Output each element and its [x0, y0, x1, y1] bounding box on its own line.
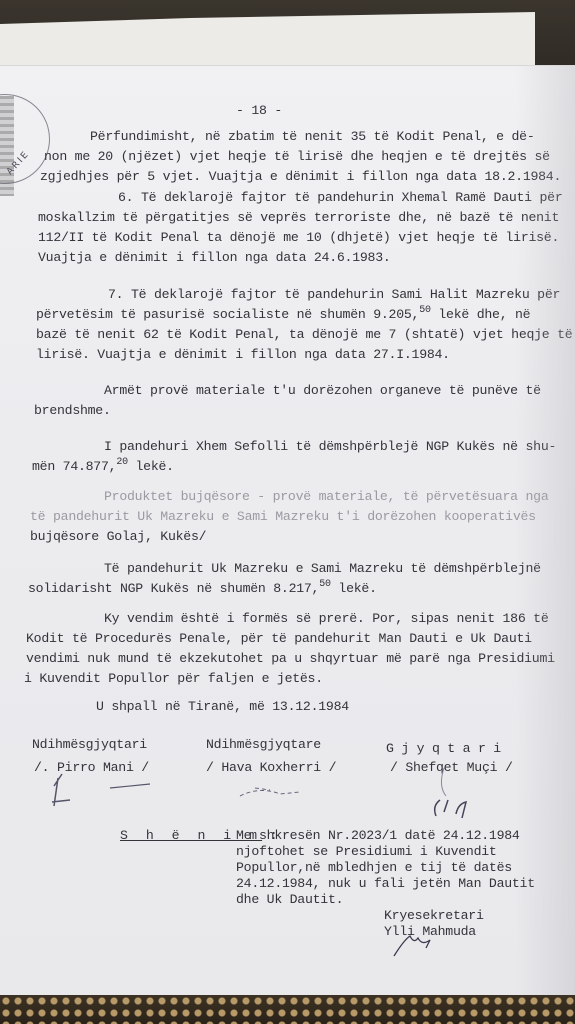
paragraph-conclusion-line: Përfundimisht, në zbatim të nenit 35 të … [90, 128, 535, 147]
paragraph-verdict-line: i Kuvendit Popullor për faljen e jetës. [24, 670, 323, 689]
note-signer-title: Kryesekretari [384, 908, 484, 924]
proclamation-line: U shpall në Tiranë, më 13.12.1984 [96, 698, 349, 717]
signatory-title: G j y q t a r i [386, 740, 501, 759]
paragraph-compensation-line: I pandehuri Xhem Sefolli të dëmshpërblej… [104, 438, 556, 457]
paragraph-weapons-line: brendshme. [34, 402, 111, 421]
paragraph-6-line: moskallzim të përgatitjes së veprës terr… [38, 209, 559, 228]
paragraph-6-line: 112/II të Kodit Penal ta dënojë me 10 (d… [38, 229, 559, 248]
paragraph-compensation-line: mën 74.877,20 lekë. [32, 458, 174, 477]
handwritten-signatures-icon [40, 766, 560, 826]
paragraph-7-line: bazë të nenit 62 të Kodit Penal, ta dëno… [36, 326, 572, 345]
note-line: 24.12.1984, nuk u fali jetën Man Dautit [236, 876, 535, 892]
paragraph-7-line: 7. Të deklarojë fajtor të pandehurin Sam… [108, 286, 560, 305]
note-line: njoftohet se Presidiumi i Kuvendit [236, 844, 497, 860]
page-number: - 18 - [236, 102, 282, 121]
handwritten-signature-icon [390, 930, 450, 960]
note-line: Popullor,në mbledhjen e tij të datës [236, 860, 512, 876]
paragraph-products-line: Produktet bujqësore - provë materiale, t… [104, 488, 549, 507]
signatory-title: Ndihmësgjyqtari [32, 736, 147, 755]
paragraph-verdict-line: Ky vendim është i formës së prerë. Por, … [104, 610, 549, 629]
signatory-title: Ndihmësgjyqtare [206, 736, 321, 755]
paragraph-conclusion-line: non me 20 (njëzet) vjet heqje të lirisë … [44, 148, 550, 167]
paragraph-products-line: të pandehurit Uk Mazreku e Sami Mazreku … [30, 508, 536, 527]
document-page: ARIE - 18 - Përfundimisht, në zbatim të … [0, 66, 575, 996]
paragraph-6-line: Vuajtja e dënimit i fillon nga data 24.6… [38, 249, 391, 268]
paragraph-7-line: përvetësim të pasurisë socialiste në shu… [36, 306, 530, 325]
paragraph-6-line: 6. Të deklarojë fajtor të pandehurin Xhe… [118, 189, 563, 208]
paragraph-weapons-line: Armët provë materiale t'u dorëzohen orga… [104, 382, 541, 401]
superscript-cents: 20 [116, 457, 128, 468]
paragraph-verdict-line: Kodit të Procedurës Penale, për të pande… [26, 630, 532, 649]
paragraph-7-line: lirisë. Vuajtja e dënimit i fillon nga d… [36, 346, 450, 365]
background-surface-bottom [0, 995, 575, 1024]
paragraph-conclusion-line: zgjedhjes për 5 vjet. Vuajtja e dënimit … [40, 168, 561, 187]
note-line: Me shkresën Nr.2023/1 datë 24.12.1984 [236, 828, 520, 844]
superscript-cents: 50 [419, 305, 431, 316]
superscript-cents: 50 [319, 579, 331, 590]
paragraph-verdict-line: vendimi nuk mund të ekzekutohet pa u shq… [26, 650, 555, 669]
note-line: dhe Uk Dautit. [236, 892, 343, 908]
paragraph-joint-compensation-line: Të pandehurit Uk Mazreku e Sami Mazreku … [104, 560, 541, 579]
paragraph-products-line: bujqësore Golaj, Kukës/ [30, 528, 206, 547]
paragraph-joint-compensation-line: solidarisht NGP Kukës në shumën 8.217,50… [28, 580, 377, 599]
